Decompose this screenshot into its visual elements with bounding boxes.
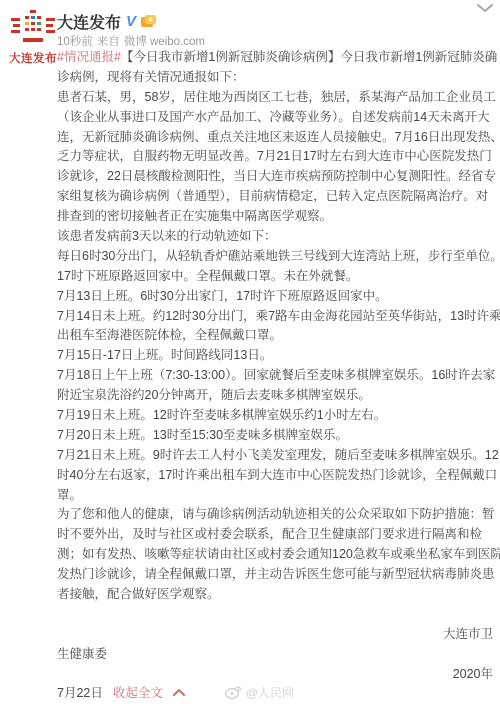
verified-badge-icon: V [126, 14, 136, 29]
post-text-line: 大连市卫 [57, 625, 493, 645]
post-date: 7月22日 [57, 683, 103, 701]
post-text-line: 罩。 [57, 486, 493, 506]
post-meta: 10秒前 来自 微博 weibo.com [57, 33, 205, 49]
post-text: 7月14日未上班。约12时30分出门，乘7路车由金海花园站至英华街站，13时许乘 [57, 309, 500, 323]
post-text: 7月20日未上班。13时至15:30至麦味多棋牌室娱乐。 [57, 428, 348, 442]
post-text-line: 7月15日-17日上班。时间路线同13日。 [57, 346, 493, 366]
post-text-line: （该企业从事进口及国产水产品加工、冷藏等业务）。自述发病前14天未离开大 [57, 108, 493, 128]
post-text: 出租车至海港医院体检，全程佩戴口罩。 [57, 328, 282, 342]
post-text-line: 生健康委 [57, 645, 493, 665]
username[interactable]: 大连发布 [57, 10, 121, 33]
post-text-line: 出租车至海港医院体检，全程佩戴口罩。 [57, 326, 493, 346]
post-text: 时40分左右返家，17时许乘出租车到大连市中心医院发热门诊就诊，全程佩戴口 [57, 468, 497, 482]
post-text: 排查到的密切接触者正在实施集中隔离医学观察。 [57, 209, 332, 223]
post-text: 生健康委 [57, 647, 107, 661]
post-text-line: 7月13日上班。6时30分出家门，17时许下班原路返回家中。 [57, 287, 493, 307]
post-footer: 7月22日 收起全文 @人民网 [57, 683, 294, 701]
post-text-line: 时40分左右返家，17时许乘出租车到大连市中心医院发热门诊就诊，全程佩戴口 [57, 466, 493, 486]
post-text: 7月18日上午上班（7:30-13:00）。回家就餐后至麦味多棋牌室娱乐。16时… [57, 368, 495, 382]
watermark-text: @人民网 [246, 684, 294, 701]
post-text-line: 发热门诊就诊，请全程佩戴口罩，并主动告诉医生您可能与新型冠状病毒肺炎患 [57, 565, 493, 585]
post-text-line: 者接触，配合做好医学观察。 [57, 585, 493, 605]
source-prefix: 来自 [97, 33, 120, 49]
post-text-line: 附近宝泉洗浴约20分钟离开，随后去麦味多棋牌室娱乐。 [57, 386, 493, 406]
post-text-line: 7月21日未上班。9时许去工人村小飞美发室理发，随后至麦味多棋牌室娱乐。12 [57, 446, 493, 466]
post-text-line: 乏力等症状，自服药物无明显改善。7月21日17时左右到大连市中心医院发热门 [57, 147, 493, 167]
post-text: 附近宝泉洗浴约20分钟离开，随后去麦味多棋牌室娱乐。 [57, 388, 371, 402]
post-text-line: 时不要外出，及时与社区或村委会联系，配合卫生健康部门要求进行隔离和检 [57, 525, 493, 545]
weibo-post-card: 大连发布 大连发布 V 10秒前 来自 微博 weibo.com #情况通报#【… [0, 0, 500, 704]
post-text: 者接触，配合做好医学观察。 [57, 587, 220, 601]
post-text-line: 患者石某，男，58岁，居住地为西岗区工七巷，独居，系某海产品加工企业员工 [57, 88, 493, 108]
post-text: 为了您和他人的健康，请与确诊病例活动轨迹相关的公众采取如下防护措施：暂 [57, 507, 495, 521]
post-text: 2020年 [453, 667, 493, 681]
post-text-line: 为了您和他人的健康，请与确诊病例活动轨迹相关的公众采取如下防护措施：暂 [57, 505, 493, 525]
dalian-fabu-logo-icon [11, 10, 55, 44]
post-text-line: 7月20日未上班。13时至15:30至麦味多棋牌室娱乐。 [57, 426, 493, 446]
post-text-line: 每日6时30分出门，从轻轨香炉礁站乘地铁三号线到大连湾站上班，步行至单位。 [57, 247, 493, 267]
post-text-line: 连，无新冠肺炎确诊病例、重点关注地区来返连人员接触史。7月16日出现发热、 [57, 128, 493, 148]
post-text: 7月21日未上班。9时许去工人村小飞美发室理发，随后至麦味多棋牌室娱乐。12 [57, 448, 499, 462]
post-text-line: 7月18日上午上班（7:30-13:00）。回家就餐后至麦味多棋牌室娱乐。16时… [57, 366, 493, 386]
timestamp: 10秒前 [57, 33, 93, 49]
post-text: 连，无新冠肺炎确诊病例、重点关注地区来返连人员接触史。7月16日出现发热、 [57, 130, 500, 144]
post-text: 患者石某，男，58岁，居住地为西岗区工七巷，独居，系某海产品加工企业员工 [57, 90, 496, 104]
post-text: 测；如有发热、咳嗽等症状请由社区或村委会通知120急救车或乘坐私家车到医院 [57, 547, 500, 561]
hashtag-link[interactable]: #情况通报# [57, 50, 121, 64]
member-badge-icon [141, 15, 156, 28]
post-text: 17时下班原路返回家中。全程佩戴口罩。未在外就餐。 [57, 269, 358, 283]
post-text: 7月15日-17日上班。时间路线同13日。 [57, 348, 272, 362]
post-text-line: 测；如有发热、咳嗽等症状请由社区或村委会通知120急救车或乘坐私家车到医院 [57, 545, 493, 565]
post-body: #情况通报#【今日我市新增1例新冠肺炎确诊病例】今日我市新增1例新冠肺炎确诊病例… [57, 48, 493, 685]
collapse-full-text-link[interactable]: 收起全文 [113, 683, 163, 701]
post-text-line: 该患者发病前3天以来的行动轨迹如下： [57, 227, 493, 247]
post-text-line: 诊就诊，22日晨核酸检测阳性，当日大连市疾病预防控制中心复测阳性。经省专 [57, 167, 493, 187]
post-text: 诊病例，现将有关情况通报如下： [57, 70, 245, 84]
watermark: @人民网 [225, 684, 294, 701]
post-text-line: 2020年 [57, 665, 493, 685]
weibo-logo-icon [225, 685, 242, 699]
post-text: 乏力等症状，自服药物无明显改善。7月21日17时左右到大连市中心医院发热门 [57, 149, 492, 163]
post-text: 【今日我市新增1例新冠肺炎确诊病例】今日我市新增1例新冠肺炎确 [121, 50, 497, 64]
name-row: 大连发布 V [57, 10, 156, 33]
post-text: 时不要外出，及时与社区或村委会联系，配合卫生健康部门要求进行隔离和检 [57, 527, 482, 541]
post-text: 7月13日上班。6时30分出家门，17时许下班原路返回家中。 [57, 289, 388, 303]
post-text: 7月19日未上班。12时许至麦味多棋牌室娱乐约1小时左右。 [57, 408, 386, 422]
post-text [57, 607, 60, 621]
post-text: （该企业从事进口及国产水产品加工、冷藏等业务）。自述发病前14天未离开大 [57, 110, 490, 124]
post-text: 家组复核为确诊病例（普通型），目前病情稳定，已转入定点医院隔离治疗。对 [57, 189, 488, 203]
post-text-line: 17时下班原路返回家中。全程佩戴口罩。未在外就餐。 [57, 267, 493, 287]
post-text: 每日6时30分出门，从轻轨香炉礁站乘地铁三号线到大连湾站上班，步行至单位。 [57, 249, 500, 263]
post-text: 诊就诊，22日晨核酸检测阳性，当日大连市疾病预防控制中心复测阳性。经省专 [57, 169, 496, 183]
post-text-line: 7月19日未上班。12时许至麦味多棋牌室娱乐约1小时左右。 [57, 406, 493, 426]
source-link[interactable]: 微博 weibo.com [124, 33, 205, 49]
avatar-caption: 大连发布 [8, 50, 58, 66]
post-text: 罩。 [57, 488, 82, 502]
chevron-down-icon[interactable] [477, 4, 493, 13]
post-text-line: 诊病例，现将有关情况通报如下： [57, 68, 493, 88]
post-text-line: 7月14日未上班。约12时30分出门，乘7路车由金海花园站至英华街站，13时许乘 [57, 307, 493, 327]
chevron-up-icon[interactable] [173, 688, 185, 696]
post-text: 大连市卫 [443, 627, 493, 641]
post-text: 该患者发病前3天以来的行动轨迹如下： [57, 229, 276, 243]
avatar[interactable]: 大连发布 [8, 10, 58, 66]
post-text-line: #情况通报#【今日我市新增1例新冠肺炎确诊病例】今日我市新增1例新冠肺炎确 [57, 48, 493, 68]
post-text-line: 家组复核为确诊病例（普通型），目前病情稳定，已转入定点医院隔离治疗。对 [57, 187, 493, 207]
post-text-line: 排查到的密切接触者正在实施集中隔离医学观察。 [57, 207, 493, 227]
post-text: 发热门诊就诊，请全程佩戴口罩，并主动告诉医生您可能与新型冠状病毒肺炎患 [57, 567, 495, 581]
post-text-line [57, 605, 493, 625]
